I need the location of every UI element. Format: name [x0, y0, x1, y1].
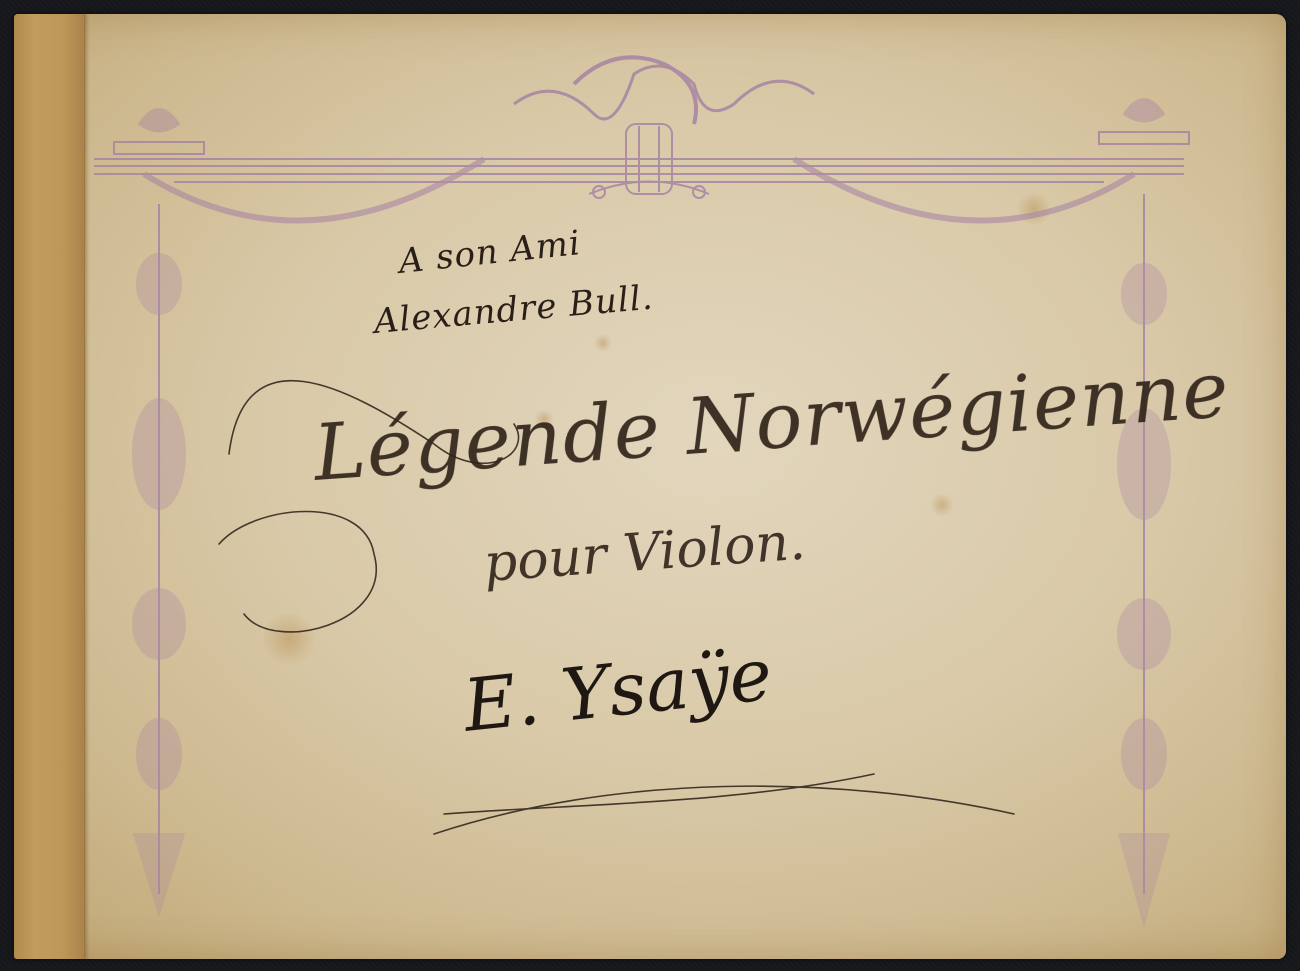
- engraved-border-ornament: [14, 14, 1286, 959]
- ornament-icon: [14, 14, 1286, 959]
- document-cover: A son Ami Alexandre Bull. Légende Norwég…: [14, 14, 1286, 959]
